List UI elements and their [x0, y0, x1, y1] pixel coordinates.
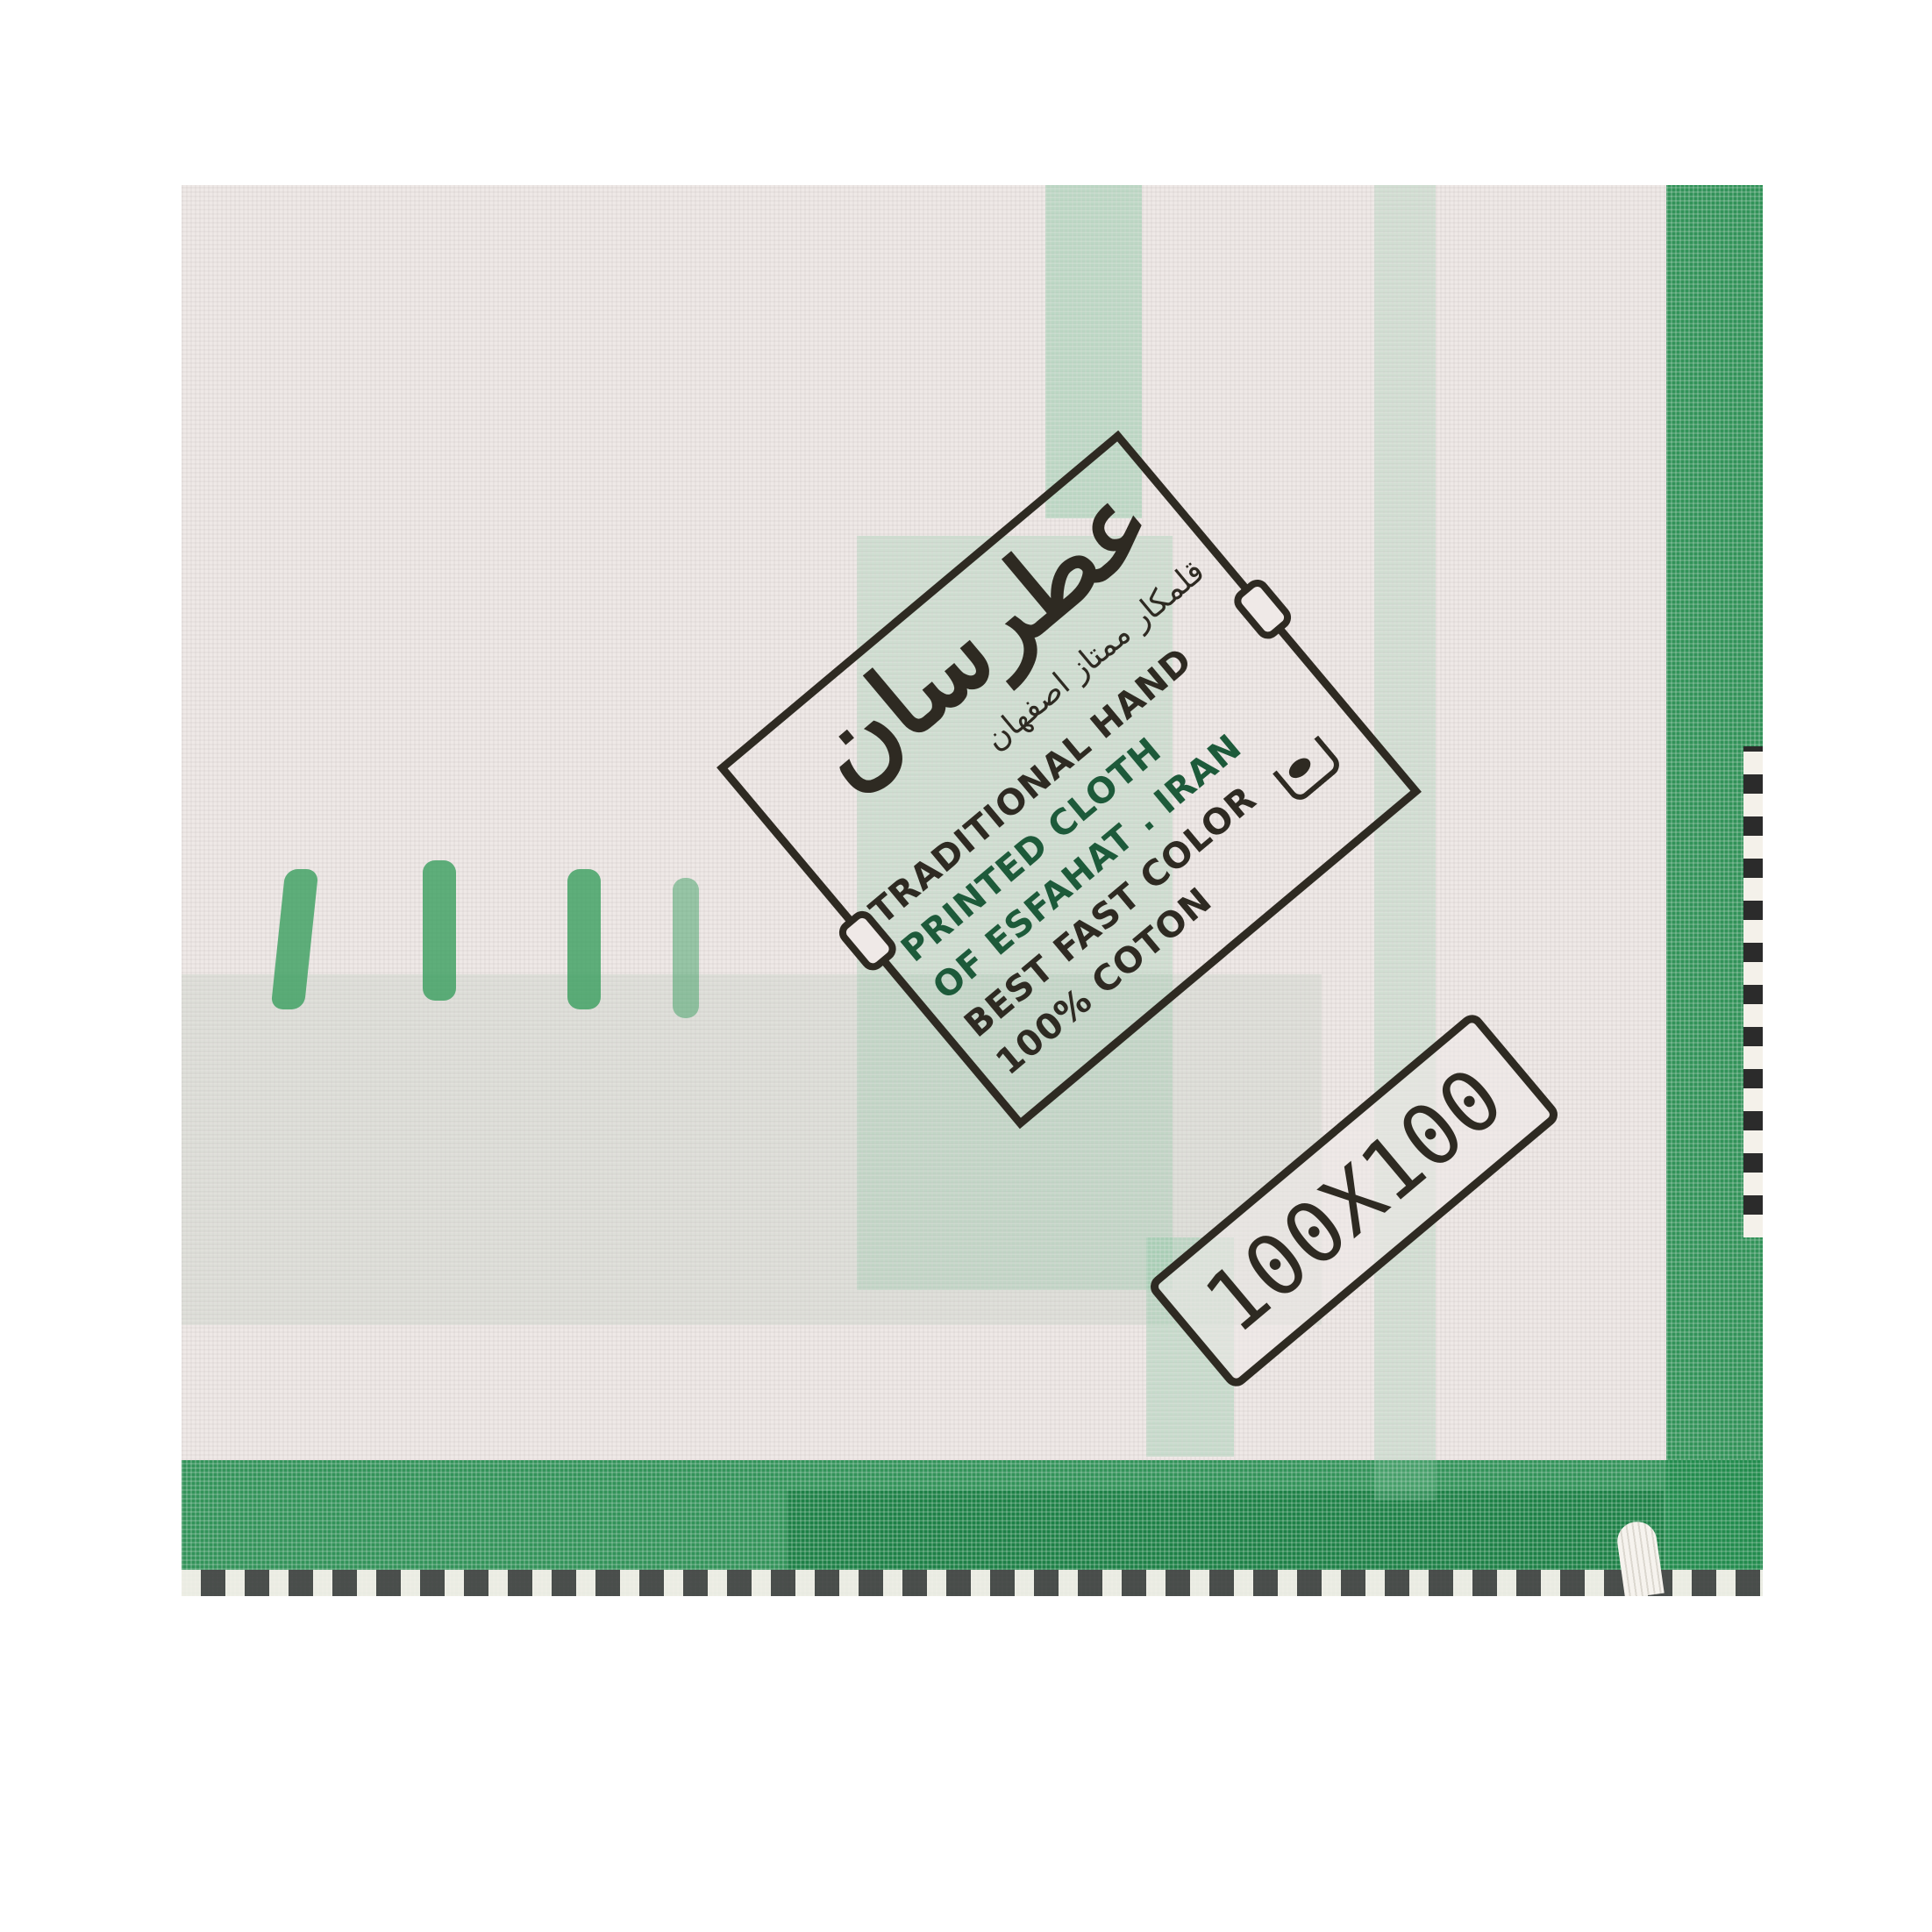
faded-print-stroke — [673, 878, 699, 1018]
crochet-fringe-right — [1743, 746, 1763, 1237]
faded-print-stroke — [567, 869, 601, 1009]
faded-pattern-stripe — [1374, 185, 1436, 1501]
faded-print-stroke — [423, 860, 456, 1001]
crochet-fringe-bottom — [182, 1570, 1763, 1596]
